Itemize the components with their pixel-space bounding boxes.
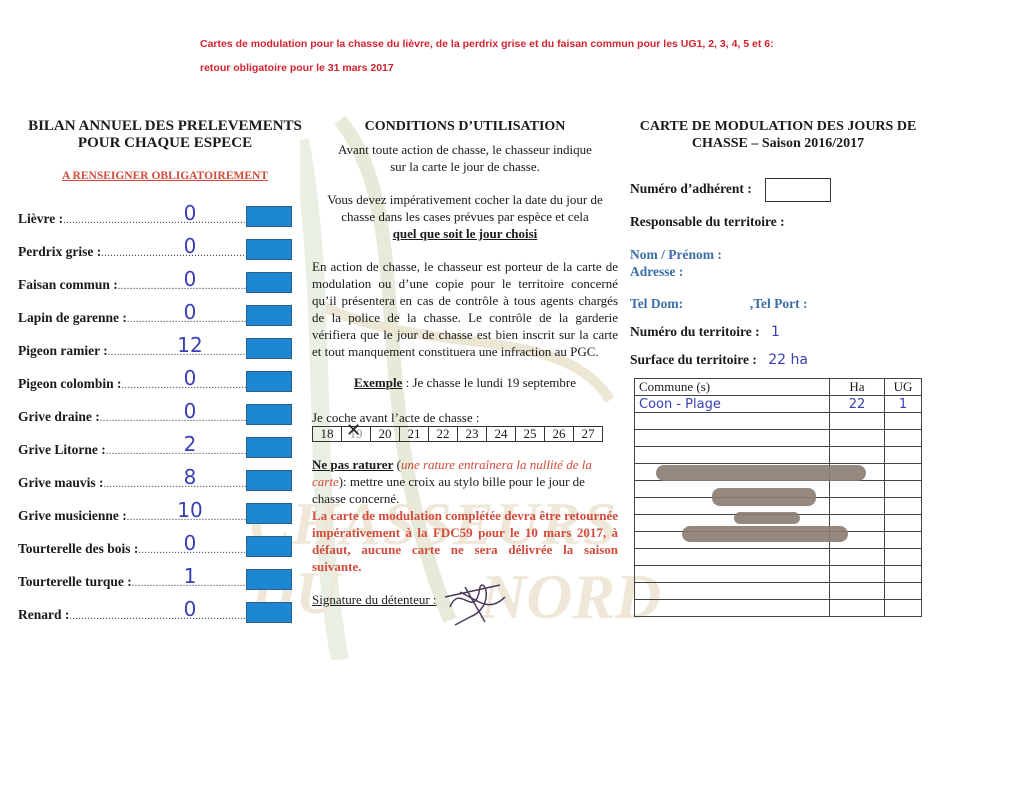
ha-cell[interactable] xyxy=(830,583,885,600)
species-count[interactable]: 0 xyxy=(160,531,220,555)
commune-cell[interactable] xyxy=(635,413,830,430)
species-row: Renard :................................… xyxy=(0,596,300,629)
example-label: Exemple xyxy=(354,375,402,390)
ha-cell[interactable] xyxy=(830,549,885,566)
redaction-mark xyxy=(682,526,848,542)
conditions-mandatory-text: Vous devez impérativement cocher la date… xyxy=(327,192,603,224)
conditions-intro: Avant toute action de chasse, le chasseu… xyxy=(312,141,618,175)
top-notice-line2: retour obligatoire pour le 31 mars 2017 xyxy=(200,56,820,80)
species-count[interactable]: 0 xyxy=(160,399,220,423)
species-color-box xyxy=(246,602,292,623)
species-row: Grive Litorne :.........................… xyxy=(0,431,300,464)
redaction-mark xyxy=(734,512,800,524)
example-days-grid: 18192021222324252627 xyxy=(312,426,603,442)
nom-prenom-label: Nom / Prénom : xyxy=(630,247,722,263)
territory-number-value: 1 xyxy=(771,324,780,340)
species-name: Tourterelle turque : xyxy=(18,574,132,589)
no-erase-text: ): mettre une croix au stylo bille pour … xyxy=(312,474,585,506)
day-cell[interactable]: 22 xyxy=(429,427,458,442)
harvest-summary-panel: BILAN ANNUEL DES PRELEVEMENTS POUR CHAQU… xyxy=(0,118,310,182)
species-name: Renard : xyxy=(18,607,69,622)
header-ug: UG xyxy=(885,379,922,396)
adherent-label: Numéro d’adhérent : xyxy=(630,181,752,196)
day-cell[interactable]: 21 xyxy=(400,427,429,442)
species-name: Grive Litorne : xyxy=(18,442,106,457)
day-cell[interactable]: 18 xyxy=(313,427,342,442)
species-name: Grive draine : xyxy=(18,409,100,424)
modulation-card-panel: CARTE DE MODULATION DES JOURS DE CHASSE … xyxy=(618,118,938,152)
species-count[interactable]: 0 xyxy=(160,267,220,291)
table-row xyxy=(635,549,922,566)
species-color-box xyxy=(246,305,292,326)
species-color-box xyxy=(246,371,292,392)
ug-cell[interactable] xyxy=(885,600,922,617)
example-text: : Je chasse le lundi 19 septembre xyxy=(402,375,576,390)
table-row: Coon - Plage221 xyxy=(635,396,922,413)
day-cell[interactable]: 26 xyxy=(545,427,574,442)
ha-cell[interactable] xyxy=(830,413,885,430)
territory-surface-value: 22 ha xyxy=(768,352,808,368)
table-row xyxy=(635,583,922,600)
ha-cell[interactable] xyxy=(830,498,885,515)
species-count[interactable]: 10 xyxy=(160,498,220,522)
ug-cell[interactable] xyxy=(885,464,922,481)
day-cell[interactable]: 25 xyxy=(516,427,545,442)
species-name: Pigeon colombin : xyxy=(18,376,122,391)
species-name: Grive musicienne : xyxy=(18,508,127,523)
adherent-number-input[interactable] xyxy=(765,178,831,202)
ug-cell[interactable] xyxy=(885,549,922,566)
ha-cell[interactable] xyxy=(830,566,885,583)
signature-scribble-icon xyxy=(440,577,510,627)
species-count[interactable]: 8 xyxy=(160,465,220,489)
ug-cell[interactable] xyxy=(885,532,922,549)
species-count[interactable]: 0 xyxy=(160,597,220,621)
species-count[interactable]: 0 xyxy=(160,366,220,390)
top-notice-line1: Cartes de modulation pour la chasse du l… xyxy=(200,32,820,56)
harvest-summary-title: BILAN ANNUEL DES PRELEVEMENTS POUR CHAQU… xyxy=(20,118,310,152)
species-row: Tourterelle des bois :..................… xyxy=(0,530,300,563)
species-color-box xyxy=(246,239,292,260)
commune-cell[interactable] xyxy=(635,583,830,600)
signature-label: Signature du détenteur : xyxy=(312,592,437,607)
ug-cell[interactable] xyxy=(885,447,922,464)
species-count[interactable]: 0 xyxy=(160,300,220,324)
species-row: Grive musicienne :......................… xyxy=(0,497,300,530)
adherent-number-field: Numéro d’adhérent : xyxy=(630,178,831,202)
table-row xyxy=(635,600,922,617)
commune-cell[interactable] xyxy=(635,566,830,583)
species-color-box xyxy=(246,569,292,590)
ug-cell[interactable] xyxy=(885,566,922,583)
commune-cell[interactable] xyxy=(635,430,830,447)
ha-cell[interactable] xyxy=(830,447,885,464)
table-row xyxy=(635,447,922,464)
species-row: Grive mauvis :..........................… xyxy=(0,464,300,497)
species-row: Pigeon colombin :.......................… xyxy=(0,365,300,398)
table-row xyxy=(635,430,922,447)
species-row: Pigeon ramier :.........................… xyxy=(0,332,300,365)
day-cell[interactable]: 24 xyxy=(487,427,516,442)
species-color-box xyxy=(246,206,292,227)
species-name: Pigeon ramier : xyxy=(18,343,108,358)
ha-cell[interactable] xyxy=(830,481,885,498)
species-name: Perdrix grise : xyxy=(18,244,101,259)
species-count[interactable]: 2 xyxy=(160,432,220,456)
adresse-label: Adresse : xyxy=(630,264,683,280)
species-name: Faisan commun : xyxy=(18,277,118,292)
species-name: Grive mauvis : xyxy=(18,475,104,490)
species-row: Tourterelle turque :....................… xyxy=(0,563,300,596)
species-color-box xyxy=(246,503,292,524)
commune-cell[interactable] xyxy=(635,447,830,464)
table-row xyxy=(635,413,922,430)
redaction-mark xyxy=(712,488,816,506)
no-erase-note: Ne pas raturer (une rature entraînera la… xyxy=(312,456,618,507)
table-row xyxy=(635,566,922,583)
day-cell[interactable]: 20 xyxy=(371,427,400,442)
mandatory-subtitle: A RENSEIGNER OBLIGATOIREMENT xyxy=(20,170,310,182)
responsable-label: Responsable du territoire : xyxy=(630,214,785,230)
tel-port-label: ,Tel Port : xyxy=(750,296,808,311)
conditions-carry-card: En action de chasse, le chasseur est por… xyxy=(312,258,618,360)
conditions-mandatory: Vous devez impérativement cocher la date… xyxy=(312,191,618,242)
day-cell[interactable]: 19 xyxy=(342,427,371,442)
redaction-mark xyxy=(656,465,866,481)
ha-cell[interactable] xyxy=(830,600,885,617)
ug-cell[interactable] xyxy=(885,498,922,515)
species-row: Lapin de garenne :......................… xyxy=(0,299,300,332)
day-cell[interactable]: 27 xyxy=(574,427,603,442)
species-name: Tourterelle des bois : xyxy=(18,541,138,556)
species-name: Lièvre : xyxy=(18,211,63,226)
ug-cell[interactable] xyxy=(885,583,922,600)
day-cell[interactable]: 23 xyxy=(458,427,487,442)
ha-cell[interactable]: 22 xyxy=(830,396,885,413)
tel-dom-label: Tel Dom: xyxy=(630,296,683,311)
ha-cell[interactable] xyxy=(830,430,885,447)
species-color-box xyxy=(246,470,292,491)
commune-cell[interactable] xyxy=(635,600,830,617)
conditions-panel: CONDITIONS D’UTILISATION Avant toute act… xyxy=(312,118,618,608)
top-notice: Cartes de modulation pour la chasse du l… xyxy=(200,32,820,80)
title-line1: CARTE DE MODULATION DES JOURS DE xyxy=(618,118,938,135)
ug-cell[interactable] xyxy=(885,413,922,430)
ug-cell[interactable]: 1 xyxy=(885,396,922,413)
title-line1: BILAN ANNUEL DES PRELEVEMENTS xyxy=(20,118,310,135)
ug-cell[interactable] xyxy=(885,430,922,447)
species-color-box xyxy=(246,437,292,458)
species-list: Lièvre :................................… xyxy=(0,200,300,629)
signature-field[interactable]: Signature du détenteur : xyxy=(312,591,618,608)
species-count[interactable]: 12 xyxy=(160,333,220,357)
species-color-box xyxy=(246,536,292,557)
title-line2: POUR CHAQUE ESPECE xyxy=(20,135,310,152)
header-commune: Commune (s) xyxy=(635,379,830,396)
species-row: Grive draine :..........................… xyxy=(0,398,300,431)
title-line2: CHASSE – Saison 2016/2017 xyxy=(618,135,938,152)
territory-surface-label: Surface du territoire : xyxy=(630,352,757,367)
ug-cell[interactable] xyxy=(885,481,922,498)
commune-cell[interactable]: Coon - Plage xyxy=(635,396,830,413)
species-name: Lapin de garenne : xyxy=(18,310,127,325)
species-count[interactable]: 0 xyxy=(160,234,220,258)
species-row: Lièvre :................................… xyxy=(0,200,300,233)
header-ha: Ha xyxy=(830,379,885,396)
no-erase-label: Ne pas raturer xyxy=(312,457,393,472)
species-count[interactable]: 1 xyxy=(160,564,220,588)
species-count[interactable]: 0 xyxy=(160,201,220,225)
ug-cell[interactable] xyxy=(885,515,922,532)
example-line: Exemple : Je chasse le lundi 19 septembr… xyxy=(312,374,618,391)
territory-number-label: Numéro du territoire : xyxy=(630,324,760,339)
species-color-box xyxy=(246,338,292,359)
territory-surface-field: Surface du territoire : 22 ha xyxy=(630,352,808,368)
modulation-card-title: CARTE DE MODULATION DES JOURS DE CHASSE … xyxy=(618,118,938,152)
conditions-title: CONDITIONS D’UTILISATION xyxy=(312,118,618,135)
telephone-field: Tel Dom: ,Tel Port : xyxy=(630,296,808,312)
species-row: Faisan commun :.........................… xyxy=(0,266,300,299)
return-warning: La carte de modulation complétée devra ê… xyxy=(312,507,618,575)
species-row: Perdrix grise :.........................… xyxy=(0,233,300,266)
territory-number-field: Numéro du territoire : 1 xyxy=(630,324,780,340)
species-color-box xyxy=(246,272,292,293)
species-color-box xyxy=(246,404,292,425)
commune-cell[interactable] xyxy=(635,549,830,566)
conditions-mandatory-emphasis: quel que soit le jour choisi xyxy=(393,226,538,241)
